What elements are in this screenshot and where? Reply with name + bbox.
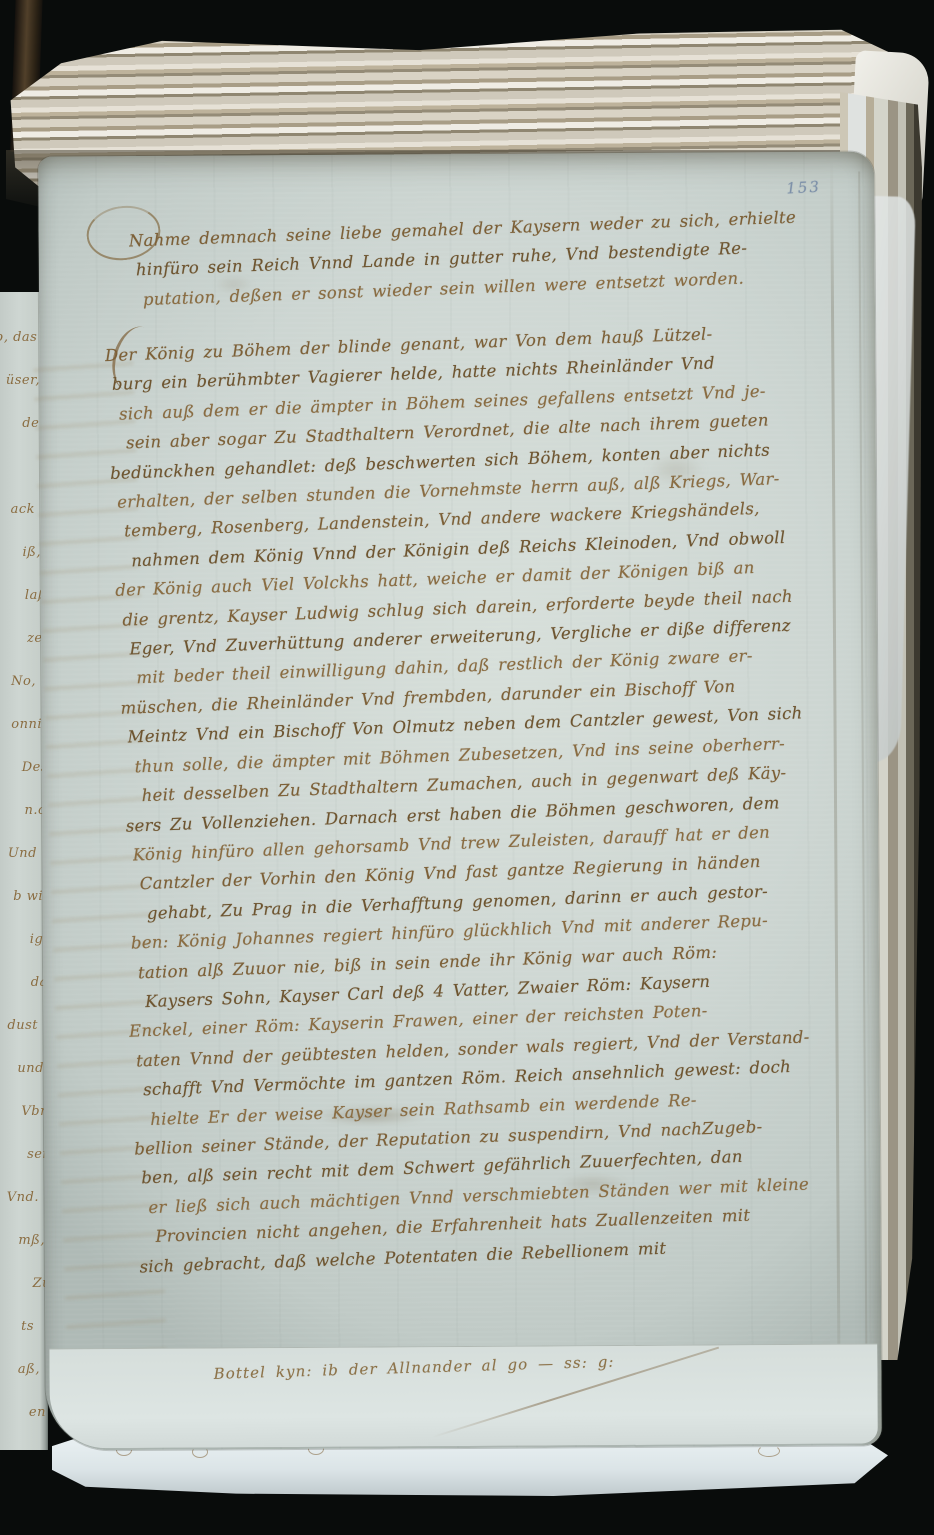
margin-fragment: onni bbox=[3, 703, 47, 746]
paragraph-1: Nahme demnach seine liebe gemahel der Ka… bbox=[133, 201, 836, 314]
margin-fragment: en bbox=[7, 1391, 51, 1434]
margin-fragment: ts bbox=[0, 1305, 39, 1348]
page-number: 153 bbox=[786, 176, 847, 197]
margin-fragment: aß, bbox=[1, 1348, 45, 1391]
margin-fragment: Und bbox=[0, 832, 42, 875]
margin-fragment: No, bbox=[0, 660, 41, 703]
margin-fragment: Vnd. bbox=[0, 1176, 44, 1219]
margin-fragment: mß, bbox=[6, 1219, 50, 1262]
ink-descender-loop bbox=[758, 1445, 780, 1457]
paragraph-2: Der König zu Böhem der blinde genant, wa… bbox=[109, 315, 858, 1281]
margin-fragment: ack bbox=[0, 488, 40, 531]
margin-fragment: dust bbox=[0, 1004, 43, 1047]
manuscript-photo: b, dasüser,deritackiß,laßzeitNo,onniDesn… bbox=[0, 0, 934, 1535]
margin-fragment: b wi bbox=[4, 875, 48, 918]
vertical-fold-crease bbox=[858, 172, 868, 1412]
margin-fragment: und bbox=[5, 1047, 49, 1090]
manuscript-page: 153 Nahme demnach seine liebe gemahel de… bbox=[38, 151, 882, 1450]
